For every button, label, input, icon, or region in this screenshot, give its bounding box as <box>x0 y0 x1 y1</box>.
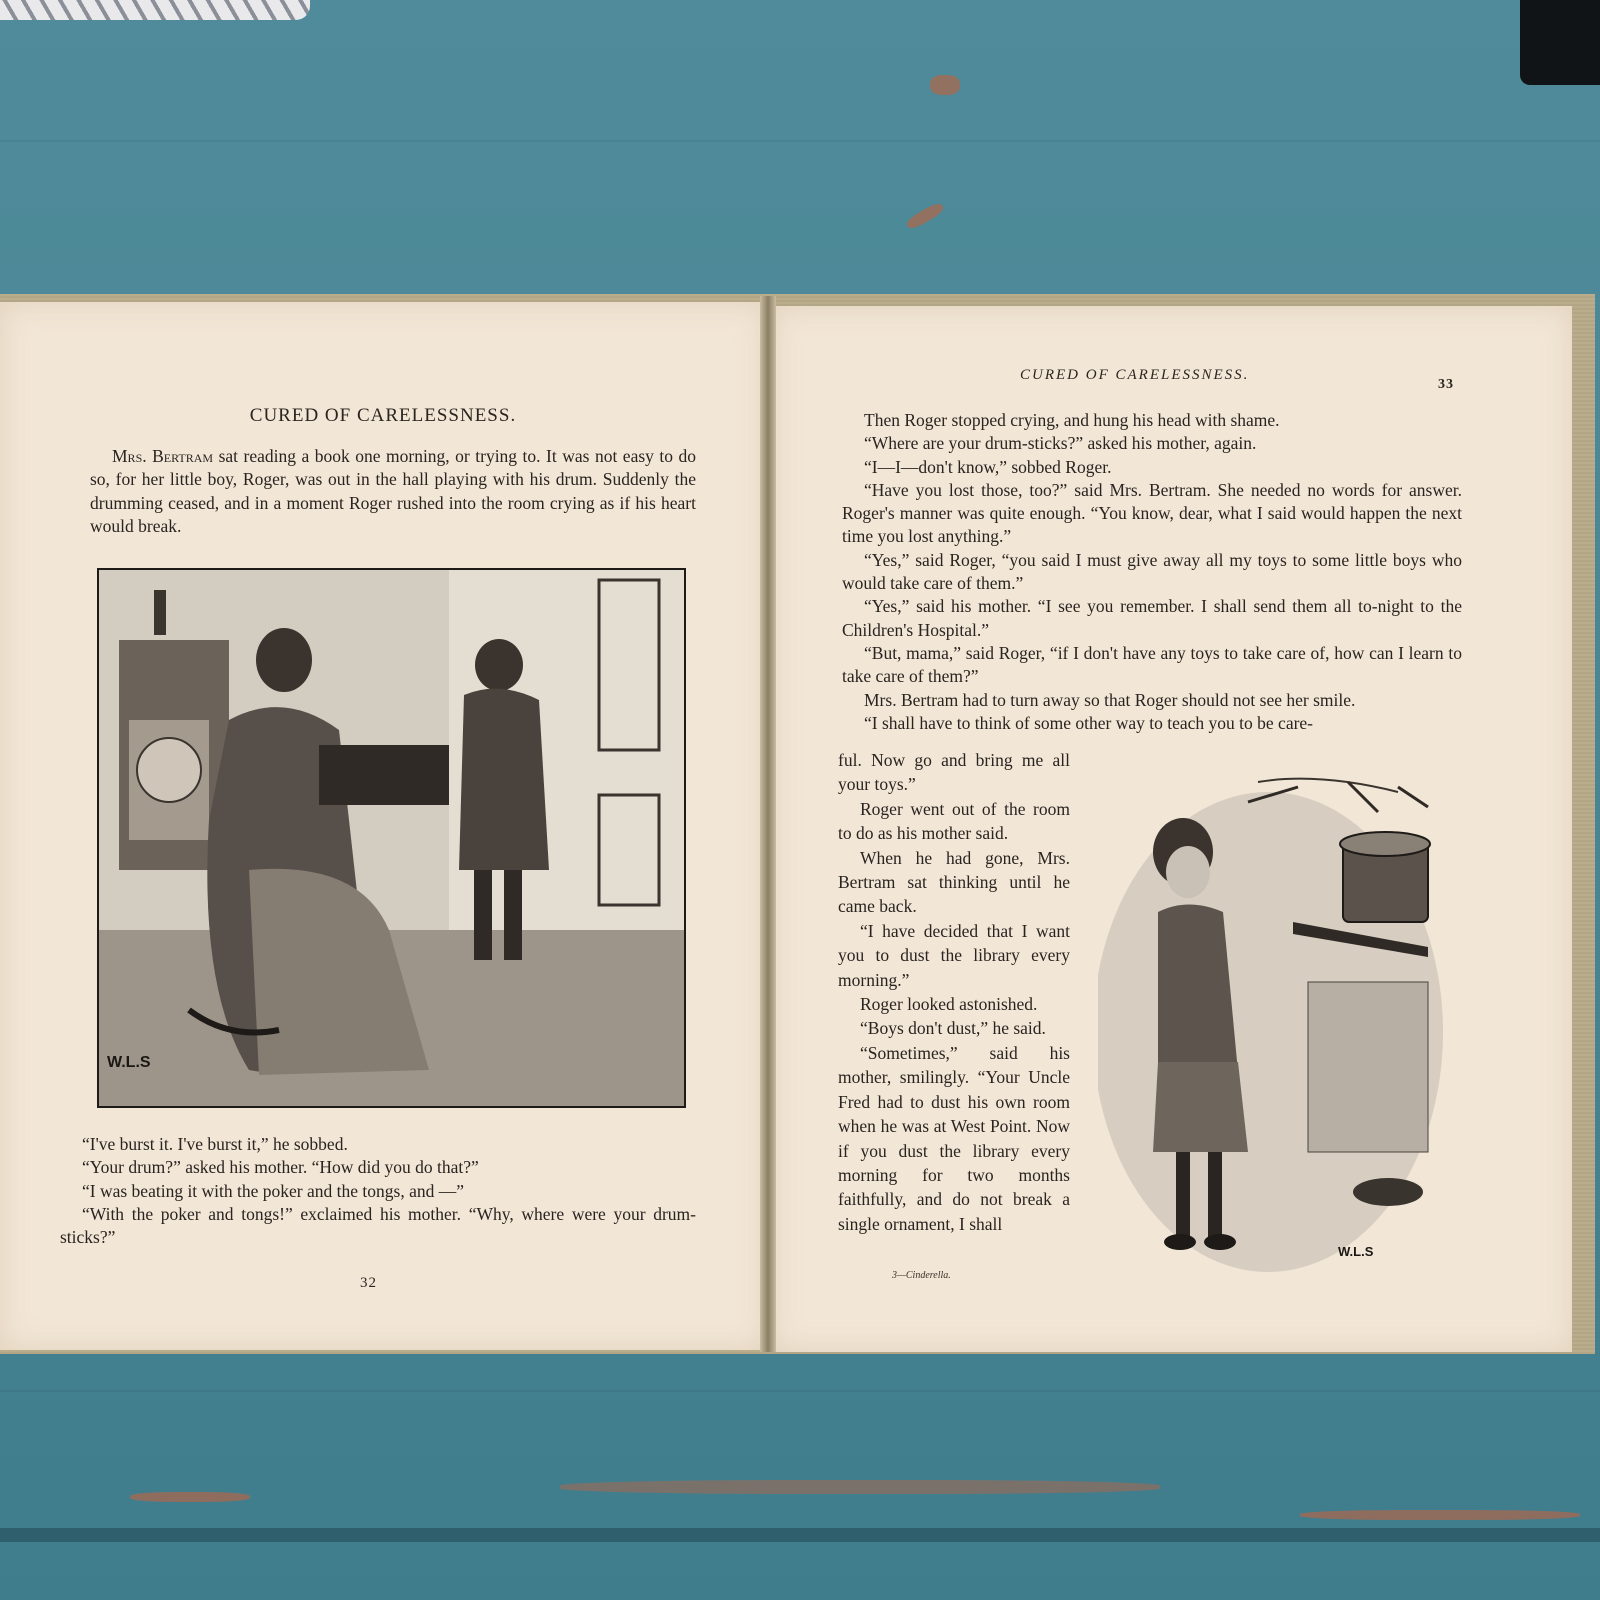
mother-and-son-engraving <box>99 570 684 1106</box>
air-vent-object <box>0 0 310 20</box>
illustrator-signature: W.L.S <box>1338 1244 1373 1259</box>
paragraph: “Yes,” said his mother. “I see you remem… <box>842 595 1462 642</box>
table-board-gap <box>0 1528 1600 1542</box>
paragraph: “I was beating it with the poker and the… <box>60 1180 696 1203</box>
paragraph: “I have decided that I want you to dust … <box>838 919 1070 992</box>
paragraph: “Have you lost those, too?” said Mrs. Be… <box>842 479 1462 549</box>
paragraph: “Your drum?” asked his mother. “How did … <box>60 1156 696 1179</box>
page-number-left: 32 <box>360 1275 377 1292</box>
paint-chip <box>130 1492 250 1502</box>
paragraph: “Sometimes,” said his mother, smilingly.… <box>838 1041 1070 1236</box>
paragraph: ful. Now go and bring me all your toys.” <box>838 748 1070 797</box>
running-head: CURED OF CARELESSNESS. <box>1020 367 1249 384</box>
right-top-text: Then Roger stopped crying, and hung his … <box>842 409 1462 735</box>
paragraph: Then Roger stopped crying, and hung his … <box>842 409 1462 432</box>
paragraph: “With the poker and tongs!” exclaimed hi… <box>60 1203 696 1250</box>
dark-object-corner <box>1520 0 1600 85</box>
paragraph: “Yes,” said Roger, “you said I must give… <box>842 549 1462 596</box>
right-illustration: W.L.S <box>1098 772 1462 1272</box>
paragraph: “Boys don't dust,” he said. <box>838 1016 1070 1040</box>
left-bottom-text: “I've burst it. I've burst it,” he sobbe… <box>60 1133 696 1249</box>
book-gutter <box>760 296 776 1352</box>
left-illustration: W.L.S <box>97 568 686 1108</box>
page-number-right: 33 <box>1438 377 1454 393</box>
paragraph: “Where are your drum-sticks?” asked his … <box>842 432 1462 455</box>
wood-grain <box>0 140 1600 142</box>
paragraph: Mrs. Bertram had to turn away so that Ro… <box>842 689 1462 712</box>
paint-chip <box>905 201 946 231</box>
paragraph: “But, mama,” said Roger, “if I don't hav… <box>842 642 1462 689</box>
wood-grain <box>0 1390 1600 1392</box>
paragraph: Roger looked astonished. <box>838 992 1070 1016</box>
opening-smallcaps: Mrs. Bertram <box>112 446 213 466</box>
left-opening-paragraph: Mrs. Bertram sat reading a book one morn… <box>90 445 696 538</box>
right-narrow-column: ful. Now go and bring me all your toys.”… <box>838 748 1070 1236</box>
paint-chip <box>560 1480 1160 1494</box>
paragraph: “I—I—don't know,” sobbed Roger. <box>842 456 1462 479</box>
paragraph: Roger went out of the room to do as his … <box>838 797 1070 846</box>
paragraph: “I've burst it. I've burst it,” he sobbe… <box>60 1133 696 1156</box>
paragraph: “I shall have to think of some other way… <box>842 712 1462 735</box>
paint-chip <box>1300 1510 1580 1520</box>
illustrator-signature: W.L.S <box>107 1054 151 1072</box>
signature-mark: 3—Cinderella. <box>892 1270 951 1281</box>
paragraph: When he had gone, Mrs. Bertram sat think… <box>838 846 1070 919</box>
boy-with-drum-engraving <box>1098 772 1462 1272</box>
chapter-title: CURED OF CARELESSNESS. <box>0 405 766 427</box>
paint-chip <box>930 75 960 95</box>
